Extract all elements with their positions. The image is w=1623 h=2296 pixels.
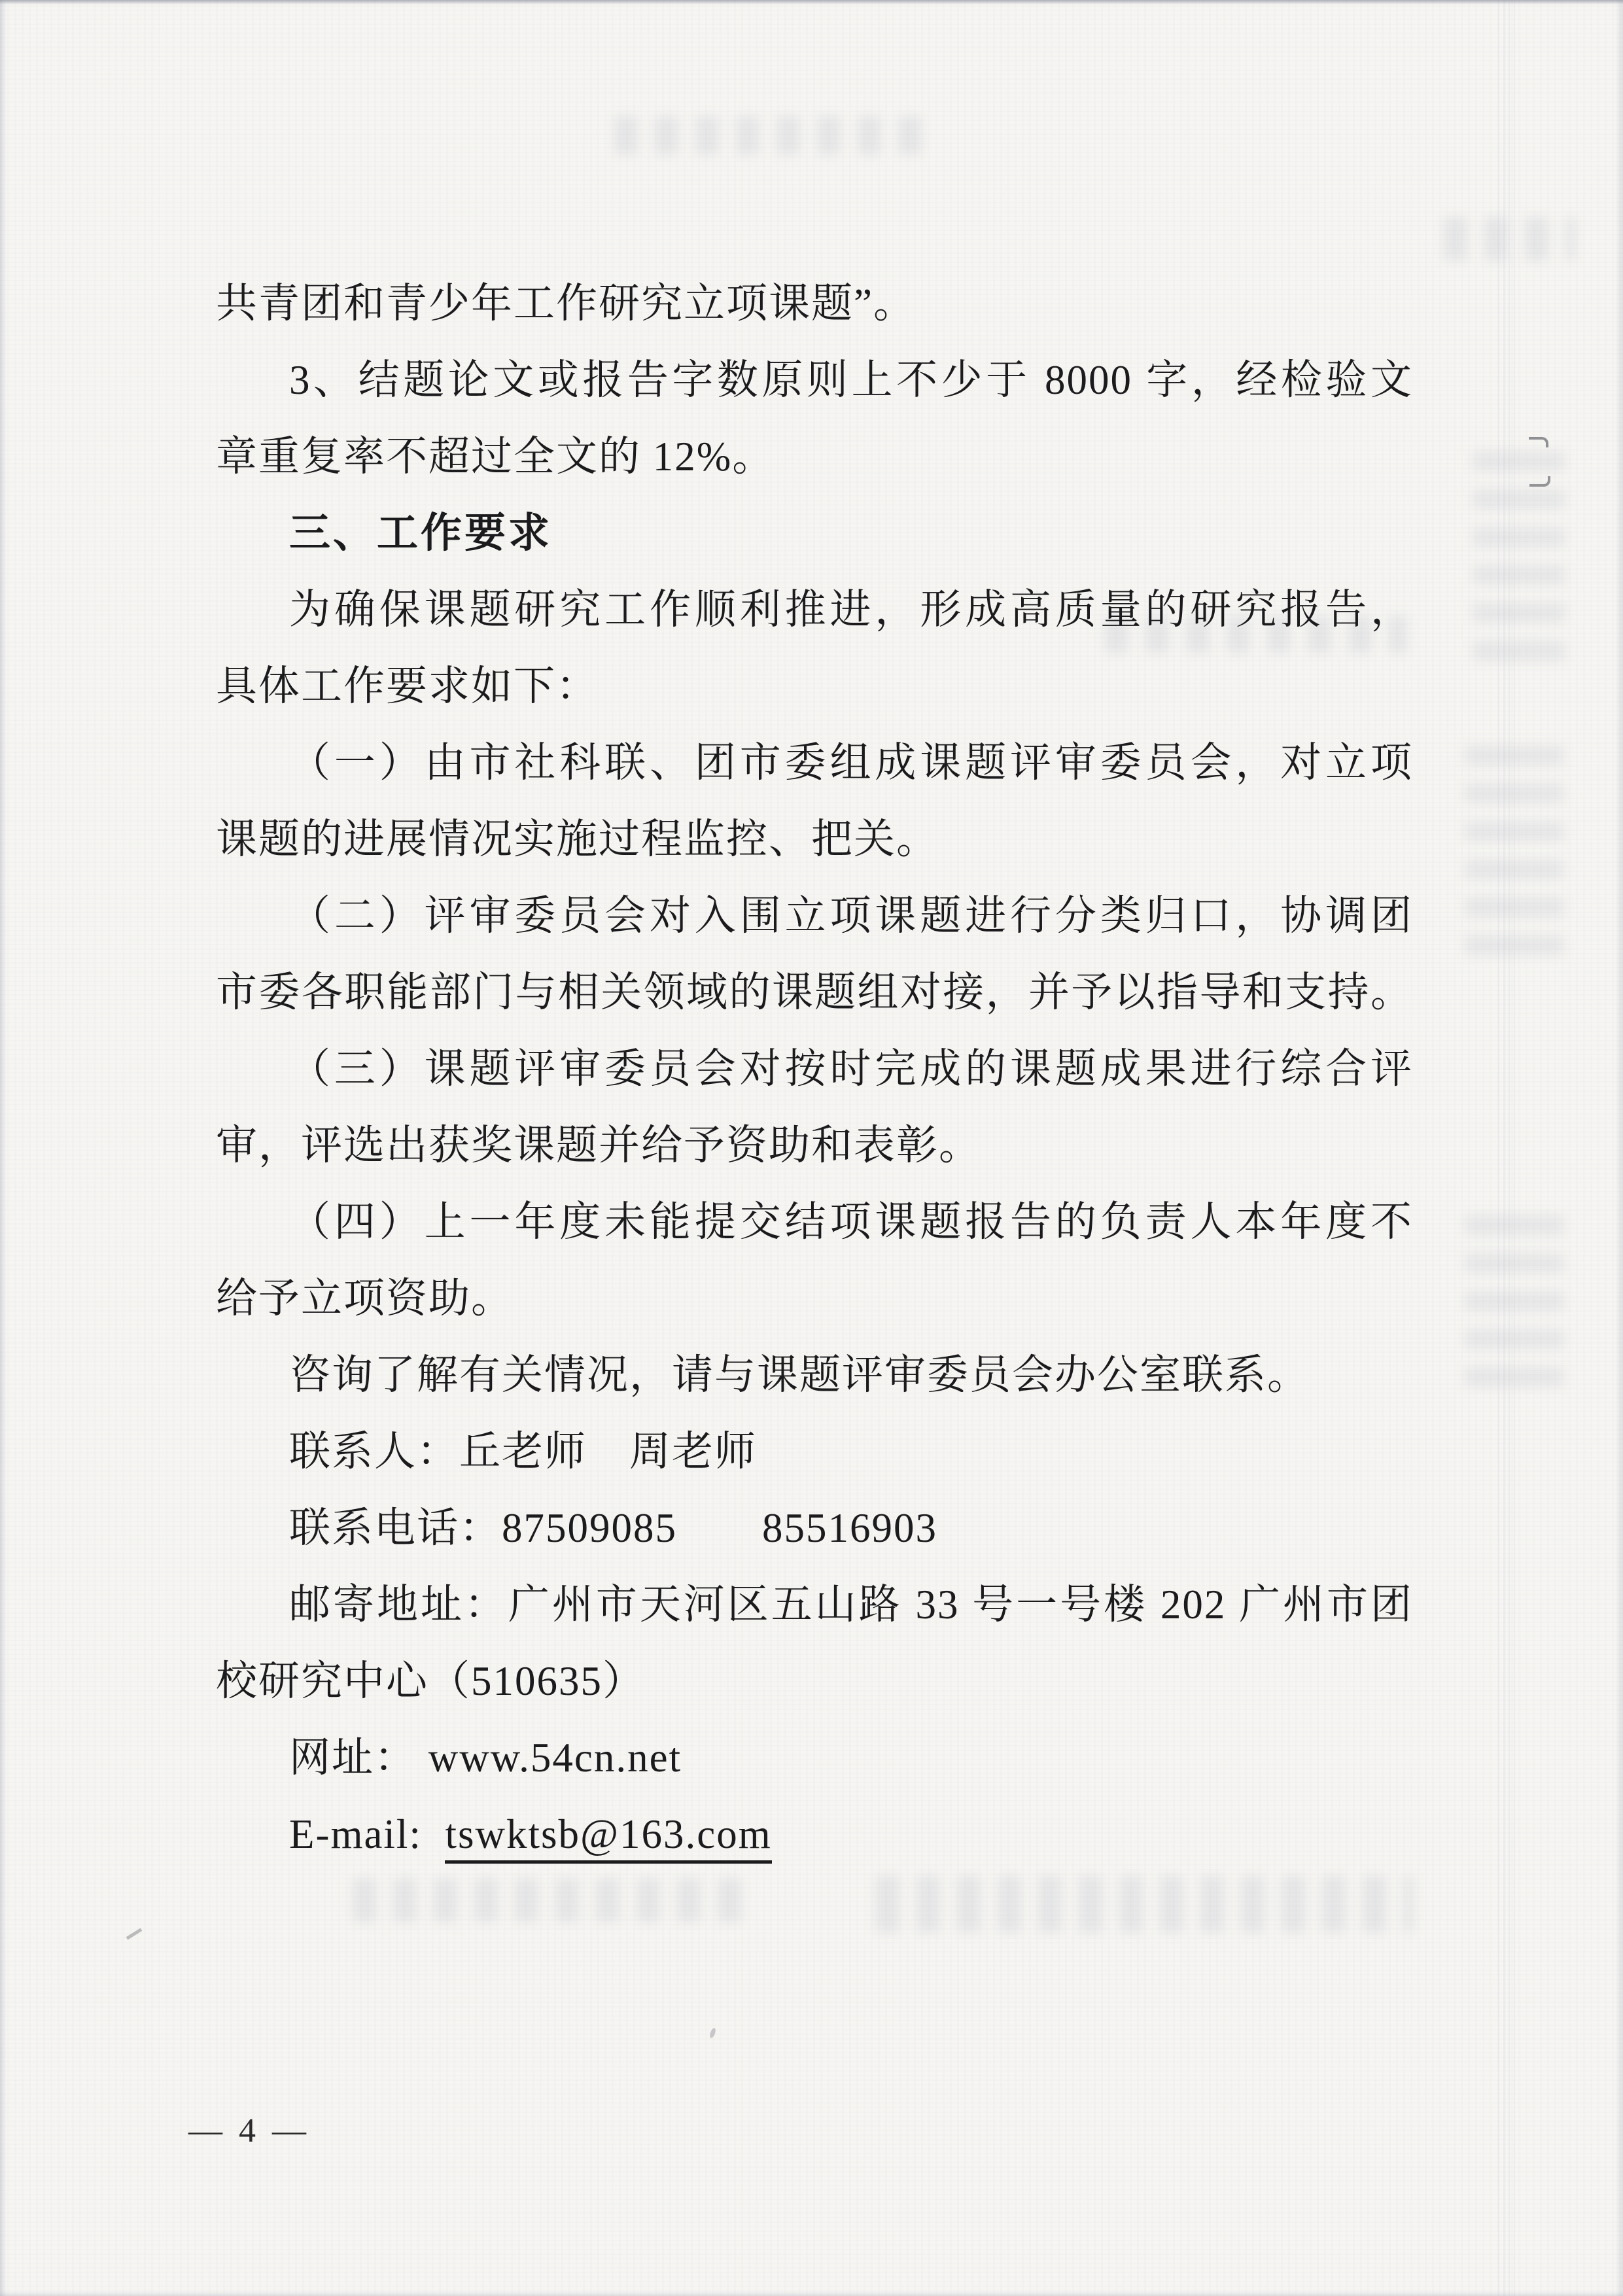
text-line: 咨询了解有关情况，请与课题评审委员会办公室联系。 (216, 1337, 1413, 1414)
document-page: 共青团和青少年工作研究立项课题”。3、结题论文或报告字数原则上不少于 8000 … (0, 0, 1623, 2296)
scan-speck (708, 2027, 716, 2038)
page-number: — 4 — (188, 2112, 310, 2151)
scan-speck (126, 1928, 143, 1939)
text-run: 联系电话：87509085 85516903 (289, 1505, 937, 1551)
scan-edge-right (1615, 0, 1623, 2296)
text-line: 具体工作要求如下： (216, 648, 1413, 725)
scan-edge-left (0, 0, 7, 2296)
text-run: 章重复率不超过全文的 12%。 (216, 434, 775, 479)
text-run: 咨询了解有关情况，请与课题评审委员会办公室联系。 (289, 1352, 1310, 1398)
text-line: （四）上一年度未能提交结项课题报告的负责人本年度不 (216, 1184, 1413, 1261)
text-line: 校研究中心（510635） (216, 1643, 1413, 1720)
text-run: 共青团和青少年工作研究立项课题”。 (216, 281, 916, 326)
text-run: （二）评审委员会对入围立项课题进行分类归口，协调团 (289, 893, 1413, 939)
scan-speck (1529, 476, 1550, 487)
text-run: 3、结题论文或报告字数原则上不少于 8000 字，经检验文 (289, 357, 1413, 403)
bleedthrough-artifact (615, 116, 922, 154)
text-run: 校研究中心（510635） (216, 1658, 645, 1704)
text-line: （二）评审委员会对入围立项课题进行分类归口，协调团 (216, 878, 1413, 954)
scan-streak (1498, 0, 1518, 2296)
text-line: 网址： www.54cn.net (216, 1720, 1413, 1796)
scan-speck (1529, 437, 1548, 447)
scan-edge-bottom (0, 2291, 1623, 2296)
text-line: 给予立项资助。 (216, 1261, 1413, 1337)
text-line: 审，评选出获奖课题并给予资助和表彰。 (216, 1107, 1413, 1184)
text-line: （三）课题评审委员会对按时完成的课题成果进行综合评 (216, 1031, 1413, 1107)
text-line: E-mail: tswktsb@163.com (216, 1796, 1413, 1873)
text-run: 为确保课题研究工作顺利推进，形成高质量的研究报告， (289, 587, 1413, 633)
text-line: 共青团和青少年工作研究立项课题”。 (216, 266, 1413, 342)
text-run: 审，评选出获奖课题并给予资助和表彰。 (216, 1122, 981, 1168)
section-heading: 三、工作要求 (216, 495, 1413, 572)
text-run: 课题的进展情况实施过程监控、把关。 (216, 816, 939, 862)
text-line: 为确保课题研究工作顺利推进，形成高质量的研究报告， (216, 572, 1413, 648)
text-run: 网址： www.54cn.net (289, 1735, 682, 1781)
text-run: 三、工作要求 (289, 510, 552, 556)
scan-edge-top (0, 0, 1623, 5)
text-run: （四）上一年度未能提交结项课题报告的负责人本年度不 (289, 1199, 1413, 1245)
text-line: 课题的进展情况实施过程监控、把关。 (216, 801, 1413, 878)
bleedthrough-artifact (877, 1876, 1413, 1932)
document-body: 共青团和青少年工作研究立项课题”。3、结题论文或报告字数原则上不少于 8000 … (216, 266, 1413, 1873)
bleedthrough-artifact (353, 1879, 759, 1922)
email-address: tswktsb@163.com (445, 1811, 771, 1864)
text-line: 市委各职能部门与相关领域的课题组对接，并予以指导和支持。 (216, 954, 1413, 1031)
text-line: 联系电话：87509085 85516903 (216, 1490, 1413, 1567)
text-line: 3、结题论文或报告字数原则上不少于 8000 字，经检验文 (216, 342, 1413, 419)
text-run: （三）课题评审委员会对按时完成的课题成果进行综合评 (289, 1046, 1413, 1092)
text-line: 章重复率不超过全文的 12%。 (216, 419, 1413, 495)
text-line: 联系人：丘老师 周老师 (216, 1414, 1413, 1490)
text-run: 具体工作要求如下： (216, 663, 599, 709)
text-line: （一）由市社科联、团市委组成课题评审委员会，对立项 (216, 725, 1413, 801)
text-run: 邮寄地址：广州市天河区五山路 33 号一号楼 202 广州市团 (289, 1582, 1413, 1627)
text-run: E-mail: (289, 1811, 445, 1857)
text-line: 邮寄地址：广州市天河区五山路 33 号一号楼 202 广州市团 (216, 1567, 1413, 1643)
text-run: 市委各职能部门与相关领域的课题组对接，并予以指导和支持。 (216, 969, 1413, 1015)
text-run: 给予立项资助。 (216, 1276, 514, 1321)
bleedthrough-artifact (1473, 451, 1565, 661)
text-run: （一）由市社科联、团市委组成课题评审委员会，对立项 (289, 740, 1413, 786)
text-run: 联系人：丘老师 周老师 (289, 1429, 757, 1474)
